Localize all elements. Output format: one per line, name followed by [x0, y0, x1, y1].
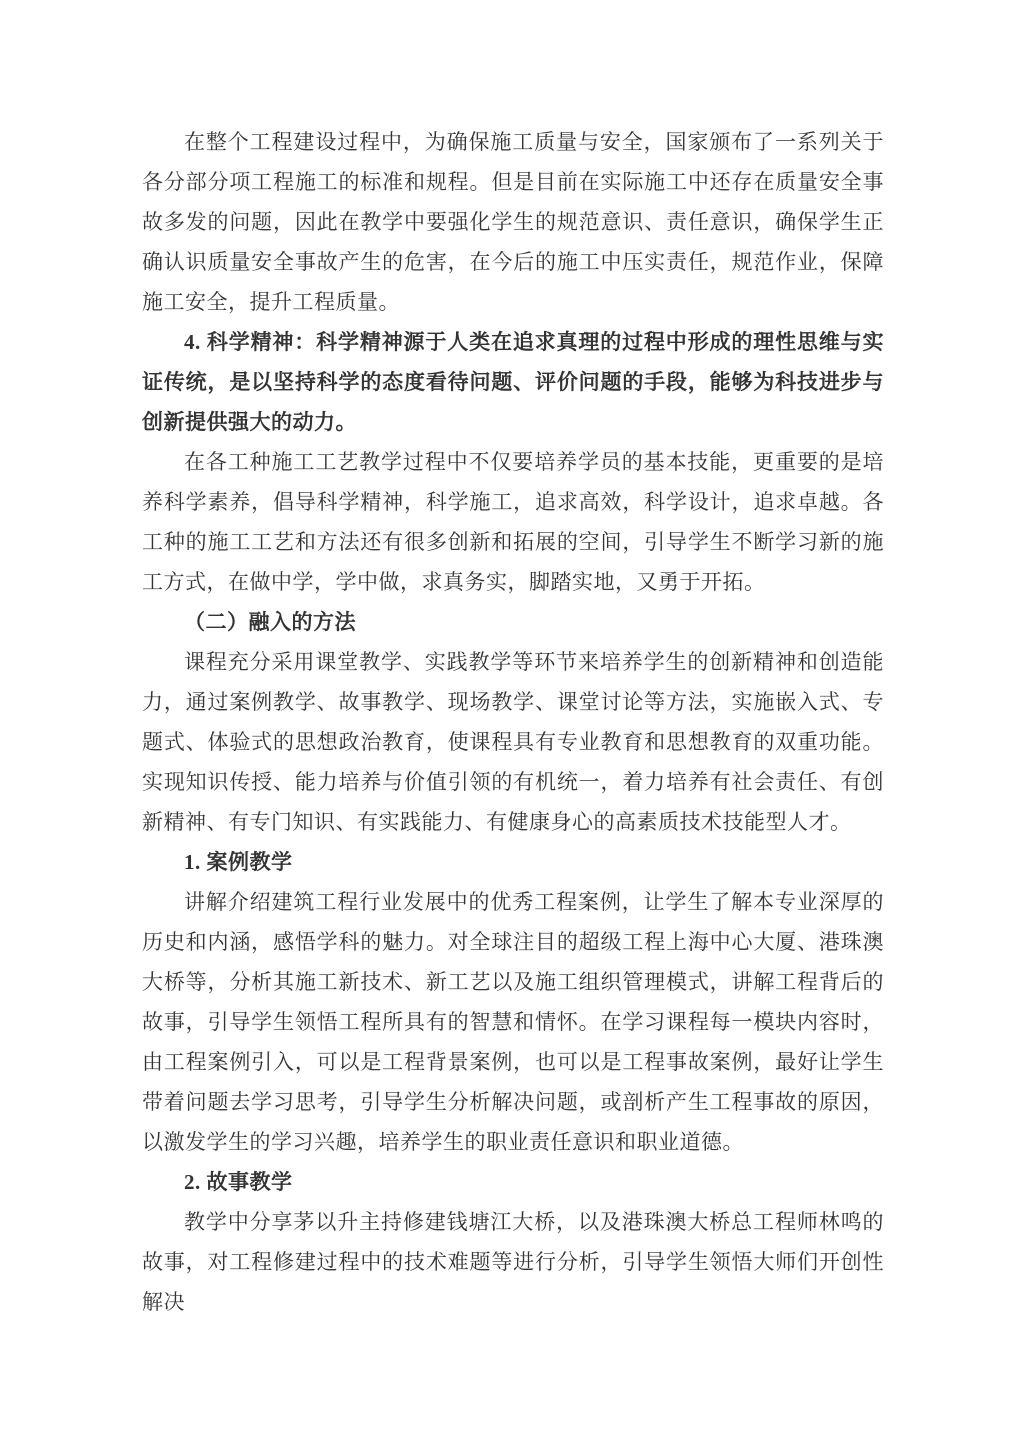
paragraph-story-teaching-detail: 教学中分享茅以升主持修建钱塘江大桥，以及港珠澳大桥总工程师林鸣的故事，对工程修建…: [142, 1202, 884, 1322]
paragraph-quality-safety: 在整个工程建设过程中，为确保施工质量与安全，国家颁布了一系列关于各分部分项工程施…: [142, 122, 884, 322]
paragraph-craft-teaching: 在各工种施工工艺教学过程中不仅要培养学员的基本技能，更重要的是培养科学素养，倡导…: [142, 442, 884, 602]
section-heading-story-teaching: 2. 故事教学: [142, 1162, 884, 1202]
paragraph-scientific-spirit: 4. 科学精神：科学精神源于人类在追求真理的过程中形成的理性思维与实证传统，是以…: [142, 322, 884, 442]
document-body: 在整个工程建设过程中，为确保施工质量与安全，国家颁布了一系列关于各分部分项工程施…: [142, 122, 884, 1322]
paragraph-case-teaching-detail: 讲解介绍建筑工程行业发展中的优秀工程案例，让学生了解本专业深厚的历史和内涵，感悟…: [142, 882, 884, 1162]
paragraph-course-methods: 课程充分采用课堂教学、实践教学等环节来培养学生的创新精神和创造能力，通过案例教学…: [142, 642, 884, 842]
section-heading-case-teaching: 1. 案例教学: [142, 842, 884, 882]
section-heading-integration-methods: （二）融入的方法: [142, 602, 884, 642]
document-page: 在整个工程建设过程中，为确保施工质量与安全，国家颁布了一系列关于各分部分项工程施…: [0, 0, 1024, 1448]
